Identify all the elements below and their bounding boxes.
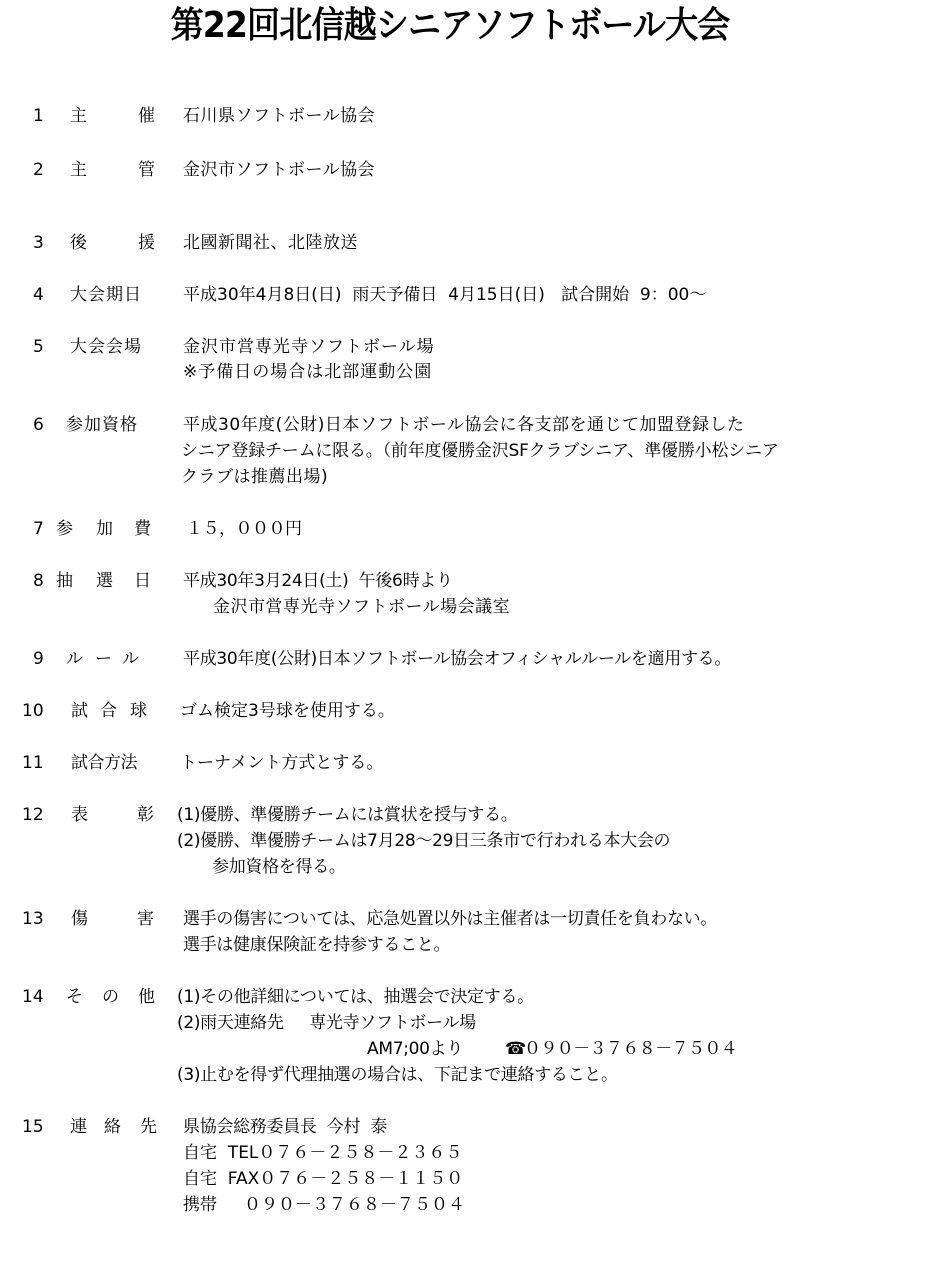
- item-text: 平成30年度(公財)日本ソフトボール協会に各支部を通じて加盟登録した: [183, 414, 745, 436]
- item-text: (2)優勝、準優勝チームは7月28～29日三条市で行われる本大会の: [177, 830, 670, 852]
- item-label: 大会期日: [70, 284, 142, 306]
- item-text: シニア登録チームに限る。（前年度優勝金沢SFクラブシニア、準優勝小松シニア: [181, 440, 779, 462]
- item-number: 7: [33, 518, 44, 540]
- item-number: 14: [22, 986, 44, 1008]
- item-label: 参: [56, 518, 73, 540]
- item-number: 8: [33, 570, 44, 592]
- item-label: 試: [71, 700, 88, 722]
- item-number: 4: [33, 284, 44, 306]
- item-number: 5: [33, 336, 44, 358]
- item-label: 彰: [137, 804, 154, 826]
- item-label: 表: [71, 804, 88, 826]
- item-label: 参加資格: [66, 414, 138, 436]
- contact-fax: 自宅 FAX０７６－２５８－１１５０: [183, 1168, 463, 1190]
- item-label: そ: [66, 986, 83, 1008]
- item-label: 連: [70, 1116, 87, 1138]
- item-text: (1)その他詳細については、抽選会で決定する。: [177, 986, 534, 1008]
- item-text: 選手の傷害については、応急処置以外は主催者は一切責任を負わない。: [183, 908, 717, 930]
- item-number: 11: [22, 752, 44, 774]
- item-number: 9: [33, 648, 44, 670]
- item-label: の: [102, 986, 119, 1008]
- item-text: 平成30年4月8日(日) 雨天予備日 4月15日(日) 試合開始 9：00～: [183, 284, 706, 306]
- item-text: 金沢市ソフトボール協会: [183, 159, 375, 181]
- item-label: ル: [66, 648, 83, 670]
- item-label: 援: [138, 232, 155, 254]
- item-text: 参加資格を得る。: [212, 856, 346, 878]
- item-label: ル: [122, 648, 139, 670]
- item-label: 試合方法: [71, 752, 137, 774]
- item-text: 北國新聞社、北陸放送: [183, 232, 358, 254]
- item-text: 選手は健康保険証を持参すること。: [183, 934, 450, 956]
- item-label: 球: [130, 700, 147, 722]
- item-text: 金沢市営専光寺ソフトボール場: [183, 336, 435, 358]
- item-label: 絡: [104, 1116, 121, 1138]
- contact-mobile: 携帯 ０９０－３７６８－７５０４: [183, 1194, 465, 1216]
- item-label: 主: [70, 159, 87, 181]
- item-label: 主: [70, 105, 87, 127]
- item-text: トーナメント方式とする。: [180, 752, 383, 774]
- phone-icon: ☎: [505, 1038, 526, 1060]
- item-number: 6: [33, 414, 44, 436]
- item-number: 15: [22, 1116, 44, 1138]
- item-label: 大会会場: [70, 336, 142, 358]
- item-label: 加: [96, 518, 113, 540]
- item-text: １５，０００円: [186, 518, 302, 540]
- item-number: 2: [33, 159, 44, 181]
- item-label: 日: [134, 570, 151, 592]
- item-label: 費: [134, 518, 151, 540]
- item-text: 金沢市営専光寺ソフトボール場会議室: [213, 596, 510, 618]
- item-label: 選: [96, 570, 113, 592]
- item-label: 管: [138, 159, 155, 181]
- contact-person: 県協会総務委員長 今村 泰: [183, 1116, 387, 1138]
- item-number: 1: [33, 105, 44, 127]
- item-text: クラブは推薦出場): [181, 466, 328, 488]
- item-text: 石川県ソフトボール協会: [183, 105, 375, 127]
- item-number: 10: [22, 700, 44, 722]
- item-label: 害: [137, 908, 154, 930]
- item-label: 他: [138, 986, 155, 1008]
- item-text: ※予備日の場合は北部運動公園: [183, 361, 432, 383]
- item-label: 傷: [71, 908, 88, 930]
- item-text: (2)雨天連絡先 専光寺ソフトボール場: [177, 1012, 476, 1034]
- item-label: ー: [95, 648, 112, 670]
- item-label: 合: [100, 700, 117, 722]
- item-text: (3)止むを得ず代理抽選の場合は、下記まで連絡すること。: [177, 1064, 618, 1086]
- item-text: ゴム検定3号球を使用する。: [180, 700, 395, 722]
- item-number: 3: [33, 232, 44, 254]
- item-text: 平成30年3月24日(土) 午後6時より: [183, 570, 453, 592]
- contact-tel: 自宅 TEL０７６－２５８－２３６５: [183, 1142, 462, 1164]
- item-text: AM7;00より: [367, 1038, 463, 1060]
- phone-number: ０９０－３７６８－７５０４: [524, 1038, 737, 1060]
- item-number: 12: [22, 804, 44, 826]
- item-text: (1)優勝、準優勝チームには賞状を授与する。: [177, 804, 517, 826]
- item-text: 平成30年度(公財)日本ソフトボール協会オフィシャルルールを適用する。: [183, 648, 731, 670]
- item-number: 13: [22, 908, 44, 930]
- item-label: 先: [140, 1116, 157, 1138]
- item-label: 後: [70, 232, 87, 254]
- document-title: 第22回北信越シニアソフトボール大会: [36, 2, 864, 50]
- item-label: 抽: [56, 570, 73, 592]
- item-label: 催: [138, 105, 155, 127]
